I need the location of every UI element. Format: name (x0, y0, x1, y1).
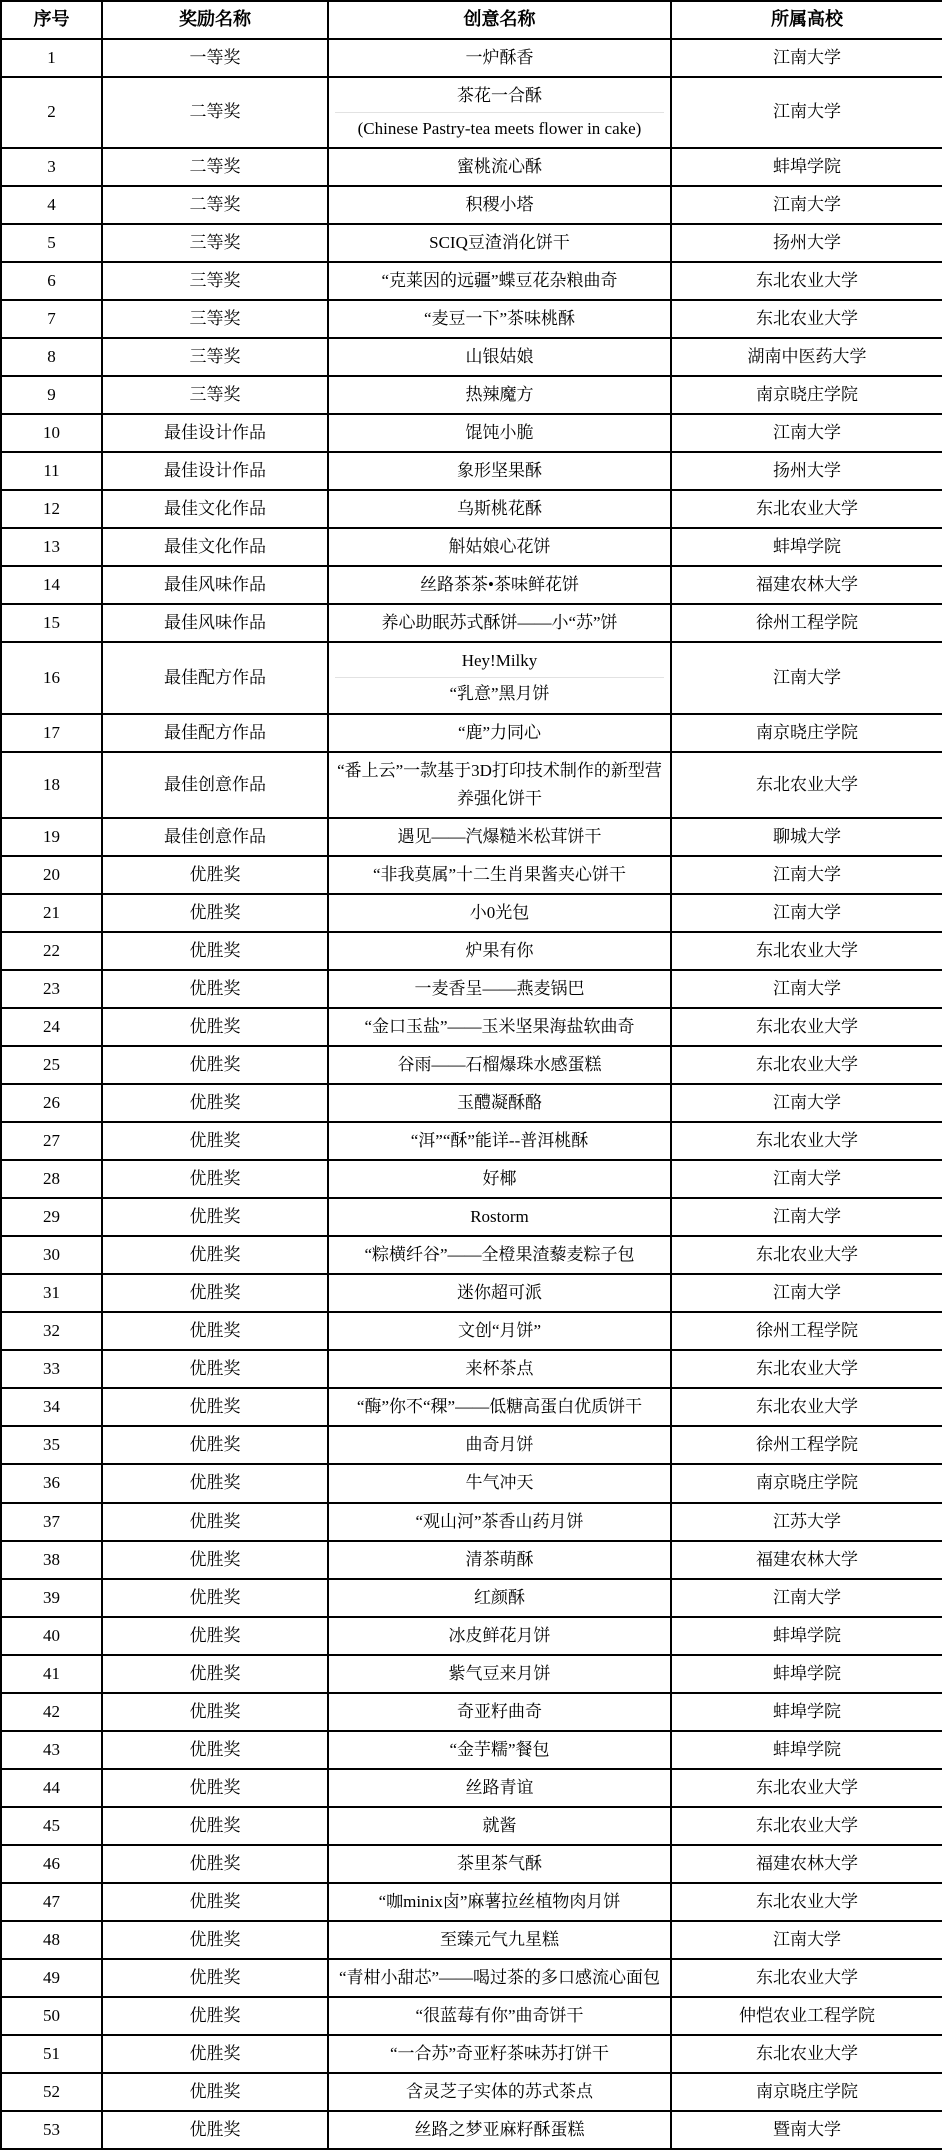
cell-serial-number: 40 (1, 1617, 102, 1655)
cell-school-name: 江南大学 (671, 894, 942, 932)
cell-creative-name: 含灵芝子实体的苏式茶点 (328, 2073, 671, 2111)
table-row: 35 优胜奖 曲奇月饼 徐州工程学院 (1, 1426, 942, 1464)
creative-name-segment: 养心助眠苏式酥饼——小“苏”饼 (335, 609, 664, 637)
creative-name-segment: 山银姑娘 (335, 343, 664, 371)
creative-name-segment: (Chinese Pastry-tea meets flower in cake… (335, 112, 664, 143)
cell-school-name: 暨南大学 (671, 2111, 942, 2149)
header-no: 序号 (1, 1, 102, 39)
cell-award-name: 优胜奖 (102, 856, 328, 894)
cell-school-name: 仲恺农业工程学院 (671, 1997, 942, 2035)
cell-award-name: 二等奖 (102, 77, 328, 148)
creative-name-segment: “金口玉盐”——玉米坚果海盐软曲奇 (335, 1013, 664, 1041)
table-body: 1 一等奖 一炉酥香 江南大学 2 二等奖 茶花一合酥(Chinese Past… (1, 39, 942, 2150)
cell-award-name: 优胜奖 (102, 1198, 328, 1236)
cell-school-name: 江南大学 (671, 1084, 942, 1122)
cell-school-name: 湖南中医药大学 (671, 338, 942, 376)
cell-award-name: 最佳风味作品 (102, 566, 328, 604)
cell-creative-name: “非我莫属”十二生肖果酱夹心饼干 (328, 856, 671, 894)
creative-name-segment: “观山河”茶香山药月饼 (335, 1508, 664, 1536)
creative-name-segment: “很蓝莓有你”曲奇饼干 (335, 2002, 664, 2030)
cell-creative-name: “一合苏”奇亚籽茶味苏打饼干 (328, 2035, 671, 2073)
cell-school-name: 南京晓庄学院 (671, 376, 942, 414)
creative-name-segment: 红颜酥 (335, 1584, 664, 1612)
cell-award-name: 优胜奖 (102, 2073, 328, 2111)
cell-award-name: 优胜奖 (102, 1046, 328, 1084)
cell-creative-name: 馄饨小脆 (328, 414, 671, 452)
cell-creative-name: 好椰 (328, 1160, 671, 1198)
cell-school-name: 徐州工程学院 (671, 604, 942, 642)
table-row: 47 优胜奖 “咖minix卤”麻薯拉丝植物肉月饼 东北农业大学 (1, 1883, 942, 1921)
cell-creative-name: 文创“月饼” (328, 1312, 671, 1350)
cell-creative-name: 遇见——汽爆糙米松茸饼干 (328, 818, 671, 856)
cell-creative-name: 清茶萌酥 (328, 1541, 671, 1579)
creative-name-segment: 文创“月饼” (335, 1317, 664, 1345)
cell-award-name: 三等奖 (102, 300, 328, 338)
cell-creative-name: “咖minix卤”麻薯拉丝植物肉月饼 (328, 1883, 671, 1921)
cell-creative-name: 养心助眠苏式酥饼——小“苏”饼 (328, 604, 671, 642)
cell-serial-number: 16 (1, 642, 102, 713)
table-row: 42 优胜奖 奇亚籽曲奇 蚌埠学院 (1, 1693, 942, 1731)
cell-award-name: 优胜奖 (102, 932, 328, 970)
cell-creative-name: “洱”“酥”能详--普洱桃酥 (328, 1122, 671, 1160)
creative-name-segment: “咖minix卤”麻薯拉丝植物肉月饼 (335, 1888, 664, 1916)
cell-creative-name: 玉醴凝酥酪 (328, 1084, 671, 1122)
awards-page: 序号 奖励名称 创意名称 所属高校 1 一等奖 一炉酥香 江南大学 2 二等奖 … (0, 0, 942, 2150)
creative-name-segment: 遇见——汽爆糙米松茸饼干 (335, 823, 664, 851)
cell-award-name: 优胜奖 (102, 1807, 328, 1845)
cell-award-name: 二等奖 (102, 148, 328, 186)
creative-name-segment: 一炉酥香 (335, 44, 664, 72)
cell-serial-number: 10 (1, 414, 102, 452)
cell-serial-number: 33 (1, 1350, 102, 1388)
creative-name-segment: 谷雨——石榴爆珠水感蛋糕 (335, 1051, 664, 1079)
cell-award-name: 优胜奖 (102, 1084, 328, 1122)
cell-serial-number: 30 (1, 1236, 102, 1274)
cell-award-name: 最佳配方作品 (102, 714, 328, 752)
cell-serial-number: 43 (1, 1731, 102, 1769)
cell-serial-number: 36 (1, 1464, 102, 1502)
cell-award-name: 优胜奖 (102, 1845, 328, 1883)
cell-school-name: 江南大学 (671, 1274, 942, 1312)
cell-creative-name: 丝路之梦亚麻籽酥蛋糕 (328, 2111, 671, 2149)
cell-serial-number: 27 (1, 1122, 102, 1160)
creative-name-segment: “酶”你不“稞”——低糖高蛋白优质饼干 (335, 1393, 664, 1421)
cell-award-name: 三等奖 (102, 262, 328, 300)
header-name: 创意名称 (328, 1, 671, 39)
creative-name-segment: “鹿”力同心 (335, 719, 664, 747)
cell-school-name: 南京晓庄学院 (671, 714, 942, 752)
creative-name-segment: 至臻元气九星糕 (335, 1926, 664, 1954)
table-row: 23 优胜奖 一麦香呈——燕麦锅巴 江南大学 (1, 970, 942, 1008)
cell-school-name: 蚌埠学院 (671, 1655, 942, 1693)
cell-school-name: 东北农业大学 (671, 1236, 942, 1274)
creative-name-segment: “粽横纤谷”——全橙果渣藜麦粽子包 (335, 1241, 664, 1269)
creative-name-segment: “麦豆一下”茶味桃酥 (335, 305, 664, 333)
cell-creative-name: SCIQ豆渣消化饼干 (328, 224, 671, 262)
cell-creative-name: Hey!Milky“乳意”黑月饼 (328, 642, 671, 713)
creative-name-segment: 象形坚果酥 (335, 457, 664, 485)
cell-award-name: 优胜奖 (102, 1921, 328, 1959)
cell-serial-number: 13 (1, 528, 102, 566)
cell-award-name: 最佳风味作品 (102, 604, 328, 642)
cell-serial-number: 7 (1, 300, 102, 338)
cell-serial-number: 28 (1, 1160, 102, 1198)
cell-school-name: 江南大学 (671, 1921, 942, 1959)
cell-award-name: 优胜奖 (102, 1617, 328, 1655)
cell-creative-name: 积稷小塔 (328, 186, 671, 224)
cell-serial-number: 35 (1, 1426, 102, 1464)
table-header-row: 序号 奖励名称 创意名称 所属高校 (1, 1, 942, 39)
cell-school-name: 东北农业大学 (671, 1769, 942, 1807)
cell-award-name: 最佳创意作品 (102, 818, 328, 856)
cell-school-name: 蚌埠学院 (671, 528, 942, 566)
cell-serial-number: 45 (1, 1807, 102, 1845)
cell-school-name: 蚌埠学院 (671, 1731, 942, 1769)
cell-award-name: 三等奖 (102, 224, 328, 262)
cell-creative-name: 至臻元气九星糕 (328, 1921, 671, 1959)
table-row: 49 优胜奖 “青柑小甜芯”——喝过茶的多口感流心面包 东北农业大学 (1, 1959, 942, 1997)
cell-award-name: 优胜奖 (102, 1731, 328, 1769)
cell-serial-number: 19 (1, 818, 102, 856)
table-row: 30 优胜奖 “粽横纤谷”——全橙果渣藜麦粽子包 东北农业大学 (1, 1236, 942, 1274)
creative-name-segment: 牛气冲天 (335, 1469, 664, 1497)
creative-name-segment: 蜜桃流心酥 (335, 153, 664, 181)
cell-serial-number: 18 (1, 752, 102, 818)
cell-school-name: 东北农业大学 (671, 752, 942, 818)
cell-school-name: 徐州工程学院 (671, 1312, 942, 1350)
table-row: 21 优胜奖 小0光包 江南大学 (1, 894, 942, 932)
table-row: 12 最佳文化作品 乌斯桃花酥 东北农业大学 (1, 490, 942, 528)
cell-school-name: 江南大学 (671, 970, 942, 1008)
creative-name-segment: “非我莫属”十二生肖果酱夹心饼干 (335, 861, 664, 889)
cell-serial-number: 17 (1, 714, 102, 752)
cell-creative-name: “粽横纤谷”——全橙果渣藜麦粽子包 (328, 1236, 671, 1274)
cell-serial-number: 50 (1, 1997, 102, 2035)
cell-creative-name: “酶”你不“稞”——低糖高蛋白优质饼干 (328, 1388, 671, 1426)
cell-serial-number: 2 (1, 77, 102, 148)
cell-serial-number: 11 (1, 452, 102, 490)
cell-school-name: 东北农业大学 (671, 2035, 942, 2073)
table-row: 10 最佳设计作品 馄饨小脆 江南大学 (1, 414, 942, 452)
cell-creative-name: “观山河”茶香山药月饼 (328, 1503, 671, 1541)
creative-name-segment: 茶里茶气酥 (335, 1850, 664, 1878)
cell-creative-name: 小0光包 (328, 894, 671, 932)
table-row: 24 优胜奖 “金口玉盐”——玉米坚果海盐软曲奇 东北农业大学 (1, 1008, 942, 1046)
cell-school-name: 江南大学 (671, 642, 942, 713)
cell-creative-name: “克莱因的远疆”蝶豆花杂粮曲奇 (328, 262, 671, 300)
cell-creative-name: 山银姑娘 (328, 338, 671, 376)
cell-award-name: 最佳设计作品 (102, 452, 328, 490)
creative-name-segment: 紫气豆来月饼 (335, 1660, 664, 1688)
cell-award-name: 优胜奖 (102, 1883, 328, 1921)
cell-creative-name: “麦豆一下”茶味桃酥 (328, 300, 671, 338)
table-row: 15 最佳风味作品 养心助眠苏式酥饼——小“苏”饼 徐州工程学院 (1, 604, 942, 642)
creative-name-segment: 积稷小塔 (335, 191, 664, 219)
cell-award-name: 优胜奖 (102, 2111, 328, 2149)
cell-serial-number: 49 (1, 1959, 102, 1997)
cell-creative-name: “金芋糯”餐包 (328, 1731, 671, 1769)
cell-school-name: 东北农业大学 (671, 1008, 942, 1046)
table-row: 37 优胜奖 “观山河”茶香山药月饼 江苏大学 (1, 1503, 942, 1541)
cell-award-name: 优胜奖 (102, 1236, 328, 1274)
cell-serial-number: 5 (1, 224, 102, 262)
cell-creative-name: 来杯茶点 (328, 1350, 671, 1388)
cell-serial-number: 32 (1, 1312, 102, 1350)
cell-creative-name: 曲奇月饼 (328, 1426, 671, 1464)
creative-name-segment: “青柑小甜芯”——喝过茶的多口感流心面包 (335, 1964, 664, 1992)
cell-school-name: 蚌埠学院 (671, 148, 942, 186)
cell-serial-number: 52 (1, 2073, 102, 2111)
cell-school-name: 东北农业大学 (671, 262, 942, 300)
cell-serial-number: 23 (1, 970, 102, 1008)
cell-school-name: 东北农业大学 (671, 932, 942, 970)
creative-name-segment: 冰皮鲜花月饼 (335, 1622, 664, 1650)
creative-name-segment: 好椰 (335, 1165, 664, 1193)
cell-creative-name: 紫气豆来月饼 (328, 1655, 671, 1693)
cell-serial-number: 14 (1, 566, 102, 604)
table-row: 1 一等奖 一炉酥香 江南大学 (1, 39, 942, 77)
creative-name-segment: 就酱 (335, 1812, 664, 1840)
table-row: 29 优胜奖 Rostorm 江南大学 (1, 1198, 942, 1236)
table-row: 20 优胜奖 “非我莫属”十二生肖果酱夹心饼干 江南大学 (1, 856, 942, 894)
cell-school-name: 江南大学 (671, 1579, 942, 1617)
cell-award-name: 优胜奖 (102, 1541, 328, 1579)
cell-school-name: 江南大学 (671, 77, 942, 148)
cell-creative-name: 茶里茶气酥 (328, 1845, 671, 1883)
cell-serial-number: 37 (1, 1503, 102, 1541)
table-row: 44 优胜奖 丝路青谊 东北农业大学 (1, 1769, 942, 1807)
cell-serial-number: 38 (1, 1541, 102, 1579)
creative-name-segment: Rostorm (335, 1203, 664, 1231)
cell-creative-name: Rostorm (328, 1198, 671, 1236)
cell-creative-name: 象形坚果酥 (328, 452, 671, 490)
table-row: 51 优胜奖 “一合苏”奇亚籽茶味苏打饼干 东北农业大学 (1, 2035, 942, 2073)
cell-school-name: 东北农业大学 (671, 1959, 942, 1997)
cell-serial-number: 6 (1, 262, 102, 300)
cell-award-name: 三等奖 (102, 376, 328, 414)
table-row: 16 最佳配方作品 Hey!Milky“乳意”黑月饼 江南大学 (1, 642, 942, 713)
table-row: 45 优胜奖 就酱 东北农业大学 (1, 1807, 942, 1845)
creative-name-segment: 热辣魔方 (335, 381, 664, 409)
cell-creative-name: 一麦香呈——燕麦锅巴 (328, 970, 671, 1008)
cell-school-name: 东北农业大学 (671, 1883, 942, 1921)
cell-award-name: 优胜奖 (102, 1426, 328, 1464)
creative-name-segment: Hey!Milky (335, 647, 664, 675)
header-award: 奖励名称 (102, 1, 328, 39)
cell-school-name: 江南大学 (671, 856, 942, 894)
creative-name-segment: 炉果有你 (335, 937, 664, 965)
cell-school-name: 东北农业大学 (671, 1122, 942, 1160)
cell-creative-name: “鹿”力同心 (328, 714, 671, 752)
table-row: 27 优胜奖 “洱”“酥”能详--普洱桃酥 东北农业大学 (1, 1122, 942, 1160)
creative-name-segment: “克莱因的远疆”蝶豆花杂粮曲奇 (335, 267, 664, 295)
cell-creative-name: 奇亚籽曲奇 (328, 1693, 671, 1731)
cell-award-name: 优胜奖 (102, 894, 328, 932)
table-row: 25 优胜奖 谷雨——石榴爆珠水感蛋糕 东北农业大学 (1, 1046, 942, 1084)
cell-creative-name: “青柑小甜芯”——喝过茶的多口感流心面包 (328, 1959, 671, 1997)
cell-school-name: 聊城大学 (671, 818, 942, 856)
creative-name-segment: 含灵芝子实体的苏式茶点 (335, 2078, 664, 2106)
cell-serial-number: 21 (1, 894, 102, 932)
cell-serial-number: 3 (1, 148, 102, 186)
table-row: 9 三等奖 热辣魔方 南京晓庄学院 (1, 376, 942, 414)
cell-serial-number: 41 (1, 1655, 102, 1693)
cell-creative-name: 谷雨——石榴爆珠水感蛋糕 (328, 1046, 671, 1084)
cell-school-name: 江南大学 (671, 1198, 942, 1236)
table-row: 33 优胜奖 来杯茶点 东北农业大学 (1, 1350, 942, 1388)
creative-name-segment: “乳意”黑月饼 (335, 677, 664, 708)
table-row: 26 优胜奖 玉醴凝酥酪 江南大学 (1, 1084, 942, 1122)
table-row: 39 优胜奖 红颜酥 江南大学 (1, 1579, 942, 1617)
cell-school-name: 江南大学 (671, 186, 942, 224)
cell-school-name: 东北农业大学 (671, 490, 942, 528)
cell-award-name: 优胜奖 (102, 1464, 328, 1502)
table-row: 31 优胜奖 迷你超可派 江南大学 (1, 1274, 942, 1312)
table-row: 8 三等奖 山银姑娘 湖南中医药大学 (1, 338, 942, 376)
cell-serial-number: 1 (1, 39, 102, 77)
cell-school-name: 江南大学 (671, 39, 942, 77)
cell-serial-number: 15 (1, 604, 102, 642)
awards-table: 序号 奖励名称 创意名称 所属高校 1 一等奖 一炉酥香 江南大学 2 二等奖 … (0, 0, 942, 2150)
table-row: 6 三等奖 “克莱因的远疆”蝶豆花杂粮曲奇 东北农业大学 (1, 262, 942, 300)
cell-school-name: 江南大学 (671, 1160, 942, 1198)
table-row: 4 二等奖 积稷小塔 江南大学 (1, 186, 942, 224)
cell-serial-number: 34 (1, 1388, 102, 1426)
creative-name-segment: 丝路之梦亚麻籽酥蛋糕 (335, 2116, 664, 2144)
cell-school-name: 福建农林大学 (671, 1541, 942, 1579)
cell-serial-number: 42 (1, 1693, 102, 1731)
cell-award-name: 优胜奖 (102, 1655, 328, 1693)
table-row: 43 优胜奖 “金芋糯”餐包 蚌埠学院 (1, 1731, 942, 1769)
creative-name-segment: 曲奇月饼 (335, 1431, 664, 1459)
cell-creative-name: 蜜桃流心酥 (328, 148, 671, 186)
creative-name-segment: 一麦香呈——燕麦锅巴 (335, 975, 664, 1003)
cell-serial-number: 24 (1, 1008, 102, 1046)
cell-creative-name: “金口玉盐”——玉米坚果海盐软曲奇 (328, 1008, 671, 1046)
cell-award-name: 优胜奖 (102, 1693, 328, 1731)
cell-school-name: 东北农业大学 (671, 1350, 942, 1388)
cell-serial-number: 44 (1, 1769, 102, 1807)
cell-award-name: 最佳创意作品 (102, 752, 328, 818)
cell-award-name: 二等奖 (102, 186, 328, 224)
cell-serial-number: 25 (1, 1046, 102, 1084)
cell-serial-number: 31 (1, 1274, 102, 1312)
cell-school-name: 南京晓庄学院 (671, 2073, 942, 2111)
cell-creative-name: 丝路青谊 (328, 1769, 671, 1807)
cell-award-name: 最佳文化作品 (102, 490, 328, 528)
cell-serial-number: 26 (1, 1084, 102, 1122)
cell-creative-name: 乌斯桃花酥 (328, 490, 671, 528)
cell-creative-name: 红颜酥 (328, 1579, 671, 1617)
table-row: 53 优胜奖 丝路之梦亚麻籽酥蛋糕 暨南大学 (1, 2111, 942, 2149)
table-row: 2 二等奖 茶花一合酥(Chinese Pastry-tea meets flo… (1, 77, 942, 148)
creative-name-segment: 清茶萌酥 (335, 1546, 664, 1574)
cell-creative-name: 迷你超可派 (328, 1274, 671, 1312)
cell-creative-name: 炉果有你 (328, 932, 671, 970)
cell-creative-name: 牛气冲天 (328, 1464, 671, 1502)
creative-name-segment: 来杯茶点 (335, 1355, 664, 1383)
cell-creative-name: 丝路茶茶•茶味鲜花饼 (328, 566, 671, 604)
cell-school-name: 东北农业大学 (671, 1388, 942, 1426)
cell-creative-name: 就酱 (328, 1807, 671, 1845)
cell-award-name: 优胜奖 (102, 1997, 328, 2035)
creative-name-segment: 丝路茶茶•茶味鲜花饼 (335, 571, 664, 599)
cell-school-name: 东北农业大学 (671, 1046, 942, 1084)
cell-award-name: 优胜奖 (102, 1503, 328, 1541)
cell-award-name: 优胜奖 (102, 1122, 328, 1160)
table-row: 48 优胜奖 至臻元气九星糕 江南大学 (1, 1921, 942, 1959)
cell-award-name: 最佳设计作品 (102, 414, 328, 452)
cell-award-name: 一等奖 (102, 39, 328, 77)
cell-award-name: 三等奖 (102, 338, 328, 376)
creative-name-segment: 玉醴凝酥酪 (335, 1089, 664, 1117)
cell-school-name: 扬州大学 (671, 224, 942, 262)
creative-name-segment: 丝路青谊 (335, 1774, 664, 1802)
cell-school-name: 扬州大学 (671, 452, 942, 490)
creative-name-segment: 馄饨小脆 (335, 419, 664, 447)
table-row: 19 最佳创意作品 遇见——汽爆糙米松茸饼干 聊城大学 (1, 818, 942, 856)
table-row: 38 优胜奖 清茶萌酥 福建农林大学 (1, 1541, 942, 1579)
cell-serial-number: 51 (1, 2035, 102, 2073)
cell-school-name: 东北农业大学 (671, 1807, 942, 1845)
cell-serial-number: 4 (1, 186, 102, 224)
creative-name-segment: “一合苏”奇亚籽茶味苏打饼干 (335, 2040, 664, 2068)
cell-school-name: 徐州工程学院 (671, 1426, 942, 1464)
cell-award-name: 最佳文化作品 (102, 528, 328, 566)
cell-creative-name: 冰皮鲜花月饼 (328, 1617, 671, 1655)
cell-creative-name: 一炉酥香 (328, 39, 671, 77)
cell-award-name: 优胜奖 (102, 1769, 328, 1807)
creative-name-segment: “金芋糯”餐包 (335, 1736, 664, 1764)
creative-name-segment: 小0光包 (335, 899, 664, 927)
table-row: 28 优胜奖 好椰 江南大学 (1, 1160, 942, 1198)
table-row: 3 二等奖 蜜桃流心酥 蚌埠学院 (1, 148, 942, 186)
cell-serial-number: 48 (1, 1921, 102, 1959)
cell-serial-number: 22 (1, 932, 102, 970)
cell-award-name: 优胜奖 (102, 1160, 328, 1198)
cell-serial-number: 8 (1, 338, 102, 376)
table-row: 50 优胜奖 “很蓝莓有你”曲奇饼干 仲恺农业工程学院 (1, 1997, 942, 2035)
cell-award-name: 优胜奖 (102, 1959, 328, 1997)
table-row: 13 最佳文化作品 斛姑娘心花饼 蚌埠学院 (1, 528, 942, 566)
creative-name-segment: “番上云”一款基于3D打印技术制作的新型营养强化饼干 (335, 757, 664, 813)
cell-serial-number: 29 (1, 1198, 102, 1236)
table-row: 40 优胜奖 冰皮鲜花月饼 蚌埠学院 (1, 1617, 942, 1655)
cell-school-name: 东北农业大学 (671, 300, 942, 338)
table-row: 5 三等奖 SCIQ豆渣消化饼干 扬州大学 (1, 224, 942, 262)
table-row: 14 最佳风味作品 丝路茶茶•茶味鲜花饼 福建农林大学 (1, 566, 942, 604)
cell-creative-name: 斛姑娘心花饼 (328, 528, 671, 566)
table-row: 46 优胜奖 茶里茶气酥 福建农林大学 (1, 1845, 942, 1883)
cell-award-name: 优胜奖 (102, 1008, 328, 1046)
cell-award-name: 最佳配方作品 (102, 642, 328, 713)
creative-name-segment: 奇亚籽曲奇 (335, 1698, 664, 1726)
creative-name-segment: SCIQ豆渣消化饼干 (335, 229, 664, 257)
table-row: 52 优胜奖 含灵芝子实体的苏式茶点 南京晓庄学院 (1, 2073, 942, 2111)
creative-name-segment: 迷你超可派 (335, 1279, 664, 1307)
cell-school-name: 南京晓庄学院 (671, 1464, 942, 1502)
cell-serial-number: 46 (1, 1845, 102, 1883)
creative-name-segment: “洱”“酥”能详--普洱桃酥 (335, 1127, 664, 1155)
cell-serial-number: 20 (1, 856, 102, 894)
cell-award-name: 优胜奖 (102, 2035, 328, 2073)
cell-serial-number: 47 (1, 1883, 102, 1921)
cell-creative-name: 茶花一合酥(Chinese Pastry-tea meets flower in… (328, 77, 671, 148)
cell-serial-number: 39 (1, 1579, 102, 1617)
creative-name-segment: 斛姑娘心花饼 (335, 533, 664, 561)
cell-creative-name: “很蓝莓有你”曲奇饼干 (328, 1997, 671, 2035)
cell-serial-number: 12 (1, 490, 102, 528)
